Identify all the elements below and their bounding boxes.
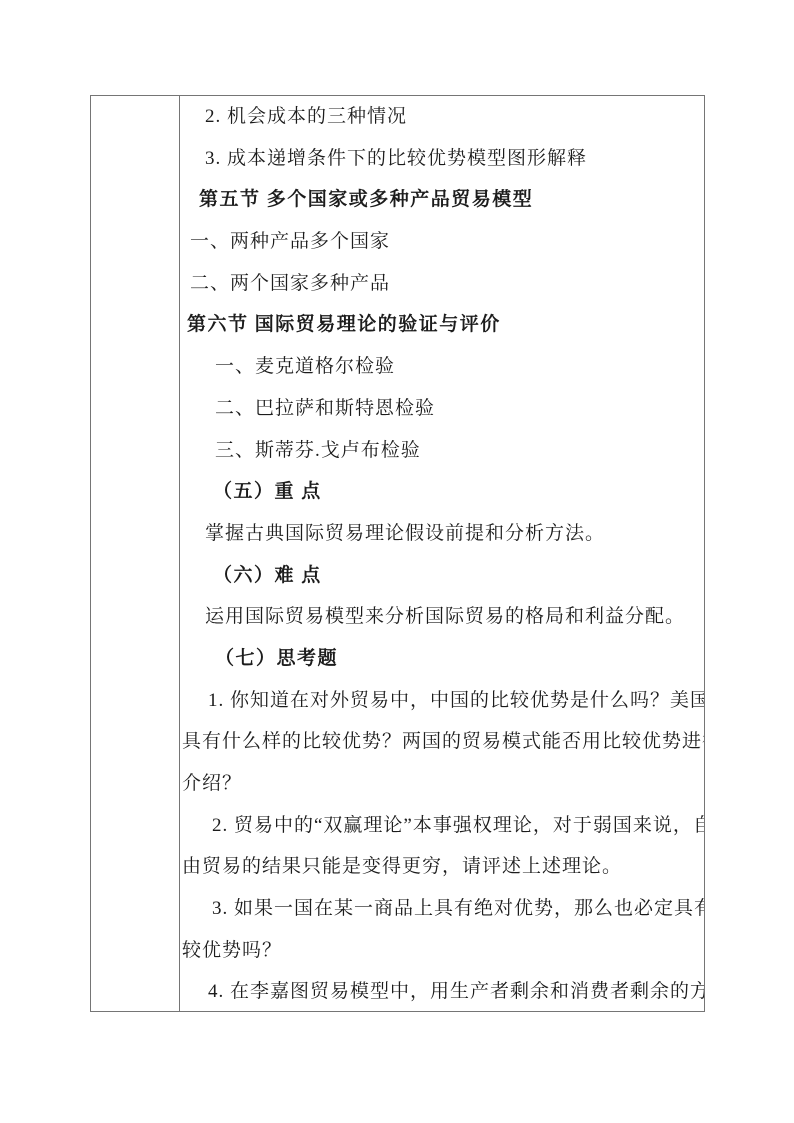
outline-item: 2. 机会成本的三种情况 — [182, 96, 698, 138]
question-line: 2. 贸易中的“双赢理论”本事强权理论，对于弱国来说，自 — [182, 805, 698, 847]
outline-item: 一、麦克道格尔检验 — [182, 346, 698, 388]
document-page: 2. 机会成本的三种情况 3. 成本递增条件下的比较优势模型图形解释 第五节 多… — [0, 0, 794, 1123]
outline-item: 3. 成本递增条件下的比较优势模型图形解释 — [182, 138, 698, 180]
section-heading: 第五节 多个国家或多种产品贸易模型 — [182, 179, 698, 221]
subsection-heading: （六）难 点 — [182, 555, 698, 597]
question-line: 由贸易的结果只能是变得更穷，请评述上述理论。 — [182, 846, 698, 888]
text-line: 掌握古典国际贸易理论假设前提和分析方法。 — [182, 513, 698, 555]
question-line: 介绍？ — [182, 763, 698, 805]
question-line: 1. 你知道在对外贸易中，中国的比较优势是什么吗？美国又 — [182, 680, 698, 722]
question-line: 4. 在李嘉图贸易模型中，用生产者剩余和消费者剩余的方法 — [182, 971, 698, 1011]
question-line: 3. 如果一国在某一商品上具有绝对优势，那么也必定具有比 — [182, 888, 698, 930]
text-line: 运用国际贸易模型来分析国际贸易的格局和利益分配。 — [182, 596, 698, 638]
question-line: 较优势吗？ — [182, 930, 698, 972]
outline-item: 二、两个国家多种产品 — [182, 263, 698, 305]
syllabus-table: 2. 机会成本的三种情况 3. 成本递增条件下的比较优势模型图形解释 第五节 多… — [90, 95, 705, 1012]
table-left-column-cell — [91, 96, 180, 1011]
section-heading: 第六节 国际贸易理论的验证与评价 — [182, 304, 698, 346]
subsection-heading: （五）重 点 — [182, 471, 698, 513]
outline-item: 三、斯蒂芬.戈卢布检验 — [182, 430, 698, 472]
question-line: 具有什么样的比较优势？两国的贸易模式能否用比较优势进行 — [182, 721, 698, 763]
outline-item: 一、两种产品多个国家 — [182, 221, 698, 263]
outline-item: 二、巴拉萨和斯特恩检验 — [182, 388, 698, 430]
subsection-heading: （七）思考题 — [182, 638, 698, 680]
table-content-cell: 2. 机会成本的三种情况 3. 成本递增条件下的比较优势模型图形解释 第五节 多… — [180, 96, 704, 1011]
